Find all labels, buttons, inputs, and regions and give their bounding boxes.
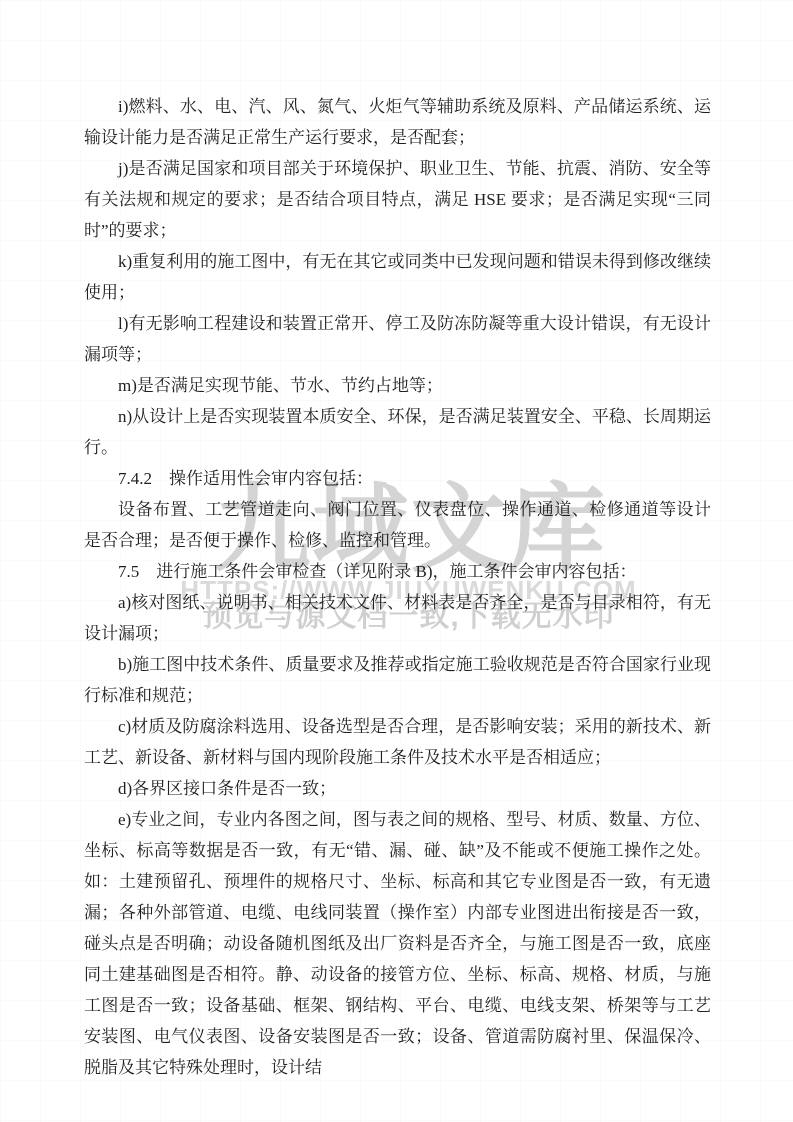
clause-j: j)是否满足国家和项目部关于环境保护、职业卫生、节能、抗震、消防、安全等有关法规… [84,153,711,246]
clause-a: a)核对图纸、说明书、相关技术文件、材料表是否齐全，是否与目录相符，有无设计漏项… [84,587,711,649]
clause-k: k)重复利用的施工图中，有无在其它或同类中已发现问题和错误未得到修改继续使用； [84,246,711,308]
heading-7-4-2: 7.4.2 操作适用性会审内容包括： [84,463,711,494]
clause-m: m)是否满足实现节能、节水、节约占地等； [84,370,711,401]
para-7-4-2: 设备布置、工艺管道走向、阀门位置、仪表盘位、操作通道、检修通道等设计是否合理；是… [84,494,711,556]
clause-e: e)专业之间，专业内各图之间，图与表之间的规格、型号、材质、数量、方位、坐标、标… [84,804,711,1083]
clause-i: i)燃料、水、电、汽、风、氮气、火炬气等辅助系统及原料、产品储运系统、运输设计能… [84,91,711,153]
heading-7-5: 7.5 进行施工条件会审检查（详见附录 B)，施工条件会审内容包括： [84,556,711,587]
clause-b: b)施工图中技术条件、质量要求及推荐或指定施工验收规范是否符合国家行业现行标准和… [84,649,711,711]
document-body: i)燃料、水、电、汽、风、氮气、火炬气等辅助系统及原料、产品储运系统、运输设计能… [84,91,711,1083]
clause-l: l)有无影响工程建设和装置正常开、停工及防冻防凝等重大设计错误，有无设计漏项等； [84,308,711,370]
document-page: 九域文库 HTTPS://WWW.JIUYUWENKU.COM 预览与源文档一致… [0,0,793,1122]
clause-c: c)材质及防腐涂料选用、设备选型是否合理，是否影响安装；采用的新技术、新工艺、新… [84,711,711,773]
clause-n: n)从设计上是否实现装置本质安全、环保，是否满足装置安全、平稳、长周期运行。 [84,401,711,463]
clause-d: d)各界区接口条件是否一致； [84,773,711,804]
